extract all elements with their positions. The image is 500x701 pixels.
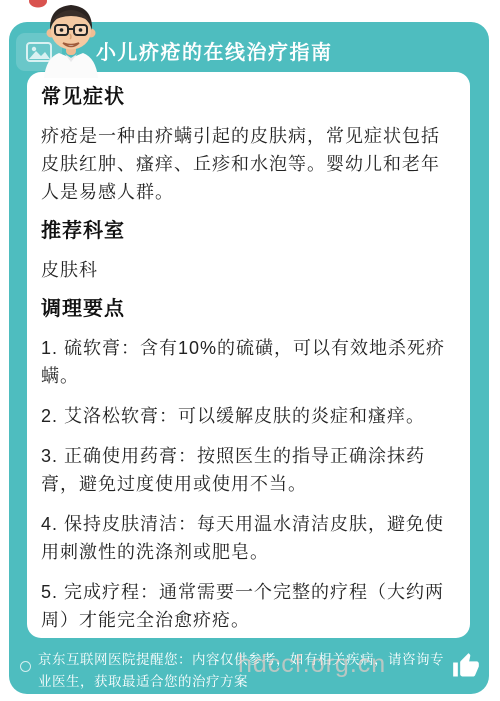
content-card: 常见症状 疥疮是一种由疥螨引起的皮肤病，常见症状包括皮肤红肿、瘙痒、丘疹和水泡等…	[27, 72, 470, 638]
care-item: 1. 硫软膏：含有10%的硫磺，可以有效地杀死疥螨。	[41, 334, 456, 390]
section-heading-care: 调理要点	[41, 296, 456, 322]
page-title: 小儿疥疮的在线治疗指南	[96, 36, 333, 65]
care-item: 4. 保持皮肤清洁：每天用温水清洁皮肤，避免使用刺激性的洗涤剂或肥皂。	[41, 510, 456, 566]
care-item: 3. 正确使用药膏：按照医生的指导正确涂抹药膏，避免过度使用或使用不当。	[41, 442, 456, 498]
department-body: 皮肤科	[41, 256, 456, 284]
symptoms-body: 疥疮是一种由疥螨引起的皮肤病，常见症状包括皮肤红肿、瘙痒、丘疹和水泡等。婴幼儿和…	[41, 122, 456, 206]
watermark: hdccf.org.cn	[238, 650, 386, 679]
thumbs-up-icon[interactable]	[452, 652, 480, 680]
section-heading-department: 推荐科室	[41, 218, 456, 244]
page: 小儿疥疮的在线治疗指南	[0, 0, 500, 701]
doctor-avatar-figure	[44, 5, 98, 78]
section-heading-symptoms: 常见症状	[41, 84, 456, 110]
info-circle-icon	[20, 661, 31, 672]
care-item: 5. 完成疗程：通常需要一个完整的疗程（大约两周）才能完全治愈疥疮。	[41, 578, 456, 634]
care-item: 2. 艾洛松软膏：可以缓解皮肤的炎症和瘙痒。	[41, 402, 456, 430]
medical-badge-icon	[29, 0, 47, 8]
doctor-avatar	[24, 0, 118, 78]
